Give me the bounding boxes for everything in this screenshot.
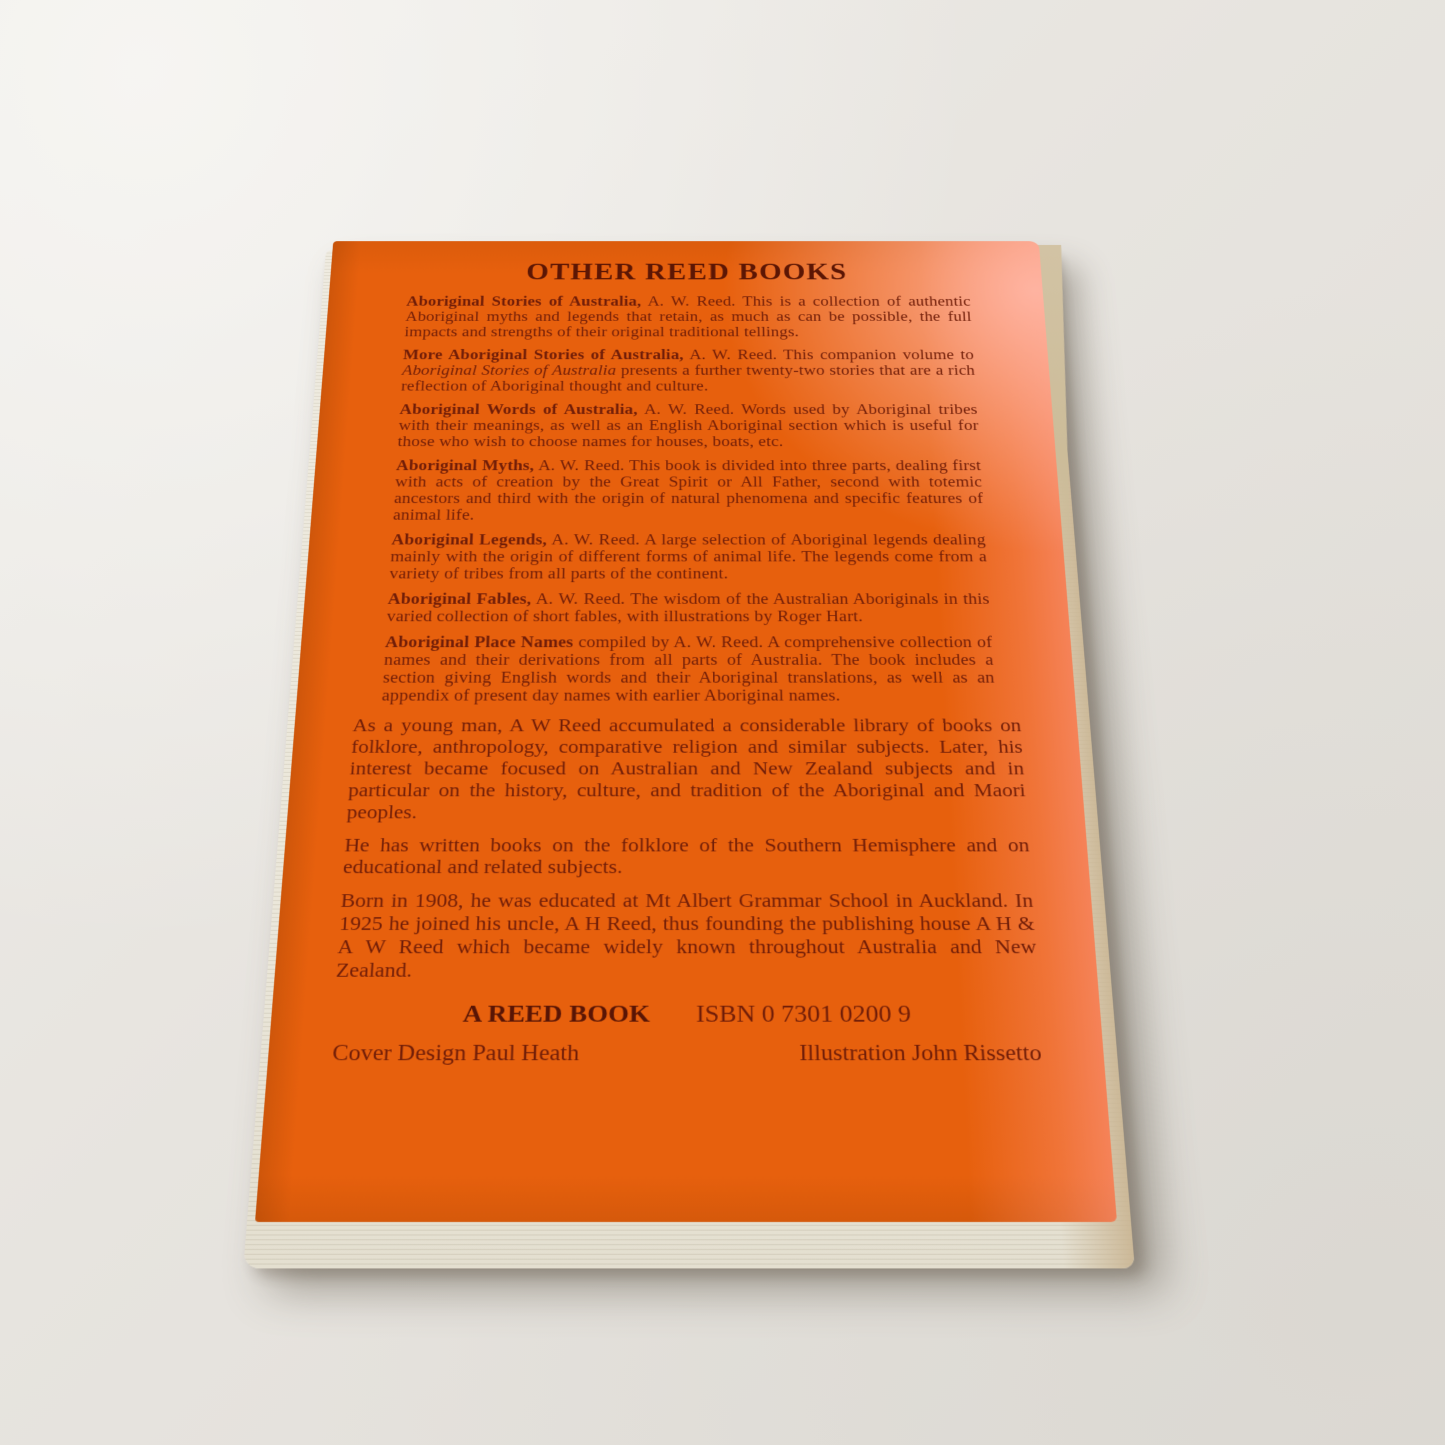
isbn-number: ISBN 0 7301 0200 9 — [696, 1000, 912, 1027]
book-entry-segment: A. W. Reed. This companion volume to — [684, 348, 975, 363]
book-entry: More Aboriginal Stories of Australia, A.… — [401, 348, 977, 395]
book-entry: Aboriginal Words of Australia, A. W. Ree… — [397, 402, 980, 450]
illustration-credit: Illustration John Rissetto — [799, 1041, 1042, 1066]
book-entry-segment: Aboriginal Stories of Australia, — [406, 294, 641, 309]
other-books-list: Aboriginal Stories of Australia, A. W. R… — [354, 294, 1020, 705]
book-entry: Aboriginal Fables, A. W. Reed. The wisdo… — [386, 591, 991, 626]
bio-paragraph: He has written books on the folklore of … — [342, 834, 1031, 879]
book-entry-segment: Aboriginal Legends, — [391, 532, 547, 548]
book-entry-segment: Aboriginal Stories of Australia — [402, 363, 617, 378]
photo-background: OTHER REED BOOKS Aboriginal Stories of A… — [0, 0, 1445, 1445]
paperback-book: OTHER REED BOOKS Aboriginal Stories of A… — [255, 241, 1117, 1222]
book-back-cover: OTHER REED BOOKS Aboriginal Stories of A… — [255, 241, 1117, 1222]
book-entry-segment: Aboriginal Words of Australia, — [399, 402, 638, 417]
author-biography: As a young man, A W Reed accumulated a c… — [335, 715, 1038, 982]
book-entry: Aboriginal Place Names compiled by A. W.… — [381, 634, 996, 705]
book-entry: Aboriginal Legends, A. W. Reed. A large … — [389, 532, 989, 583]
bio-paragraph: Born in 1908, he was educated at Mt Albe… — [335, 890, 1038, 983]
imprint-line: A REED BOOK ISBN 0 7301 0200 9 — [332, 1000, 1042, 1028]
bio-paragraph: As a young man, A W Reed accumulated a c… — [346, 715, 1028, 823]
cover-design-credit: Cover Design Paul Heath — [332, 1041, 580, 1066]
book-entry-segment: Aboriginal Fables, — [387, 591, 531, 608]
book-entry-segment: More Aboriginal Stories of Australia, — [403, 348, 684, 363]
back-cover-heading: OTHER REED BOOKS — [383, 259, 991, 285]
book-entry-segment: Aboriginal Myths, — [396, 458, 535, 474]
book-entry-segment: Aboriginal Place Names — [385, 634, 574, 651]
credits-line: Cover Design Paul Heath Illustration Joh… — [330, 1041, 1045, 1066]
imprint-label: A REED BOOK — [462, 1000, 650, 1028]
book-entry: Aboriginal Stories of Australia, A. W. R… — [404, 294, 973, 340]
book-entry: Aboriginal Myths, A. W. Reed. This book … — [393, 458, 985, 524]
